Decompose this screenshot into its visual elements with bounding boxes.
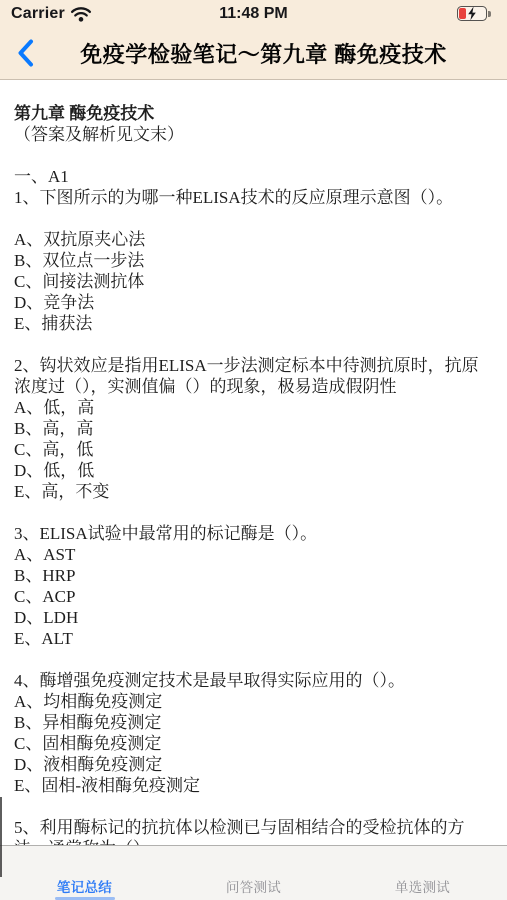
option: A、低，高 — [14, 397, 493, 418]
tab-qa-test[interactable]: 问答测试 — [169, 846, 338, 900]
battery-level-fill — [459, 8, 466, 19]
options-list: A、双抗原夹心法 B、双位点一步法 C、间接法测抗体 D、竞争法 E、捕获法 — [14, 229, 493, 334]
question-stem: 3、ELISA试验中最常用的标记酶是（）。 — [14, 523, 493, 544]
option: E、高，不变 — [14, 481, 493, 502]
answers-note: （答案及解析见文末） — [14, 124, 493, 145]
options-list: A、均相酶免疫测定 B、异相酶免疫测定 C、固相酶免疫测定 D、液相酶免疫测定 … — [14, 691, 493, 796]
battery-nub — [488, 11, 491, 17]
option: E、固相-液相酶免疫测定 — [14, 775, 493, 796]
chapter-title: 第九章 酶免疫技术 — [14, 103, 493, 124]
clock: 11:48 PM — [0, 5, 507, 23]
option: B、HRP — [14, 565, 493, 586]
back-button[interactable] — [8, 36, 42, 70]
battery-icon — [457, 6, 491, 22]
question-block: 4、酶增强免疫测定技术是最早取得实际应用的（）。 A、均相酶免疫测定 B、异相酶… — [14, 670, 493, 796]
option: C、ACP — [14, 586, 493, 607]
notes-scroll-area[interactable]: 第九章 酶免疫技术 （答案及解析见文末） 一、A1 1、下图所示的为哪一种ELI… — [0, 81, 507, 900]
page-title: 免疫学检验笔记～第九章 酶免疫技术 — [50, 26, 477, 80]
option: A、双抗原夹心法 — [14, 229, 493, 250]
option: E、捕获法 — [14, 313, 493, 334]
question-block: 2、钩状效应是指用ELISA一步法测定标本中待测抗原时，抗原 浓度过（），实测值… — [14, 355, 493, 502]
status-bar: Carrier 11:48 PM — [0, 0, 507, 26]
spacer — [14, 145, 493, 166]
tab-notes-summary[interactable]: 笔记总结 — [0, 846, 169, 900]
section-label: 一、A1 — [14, 166, 493, 187]
option: D、竞争法 — [14, 292, 493, 313]
chevron-left-icon — [17, 39, 34, 67]
option: D、液相酶免疫测定 — [14, 754, 493, 775]
option: A、均相酶免疫测定 — [14, 691, 493, 712]
question-stem: 4、酶增强免疫测定技术是最早取得实际应用的（）。 — [14, 670, 493, 691]
option: C、固相酶免疫测定 — [14, 733, 493, 754]
question-block: 3、ELISA试验中最常用的标记酶是（）。 A、AST B、HRP C、ACP … — [14, 523, 493, 649]
tab-bar: 笔记总结 问答测试 单选测试 — [0, 845, 507, 900]
question-stem: 2、钩状效应是指用ELISA一步法测定标本中待测抗原时，抗原 浓度过（），实测值… — [14, 355, 493, 397]
option: D、低，低 — [14, 460, 493, 481]
option: C、高，低 — [14, 439, 493, 460]
question-block: 1、下图所示的为哪一种ELISA技术的反应原理示意图（）。 A、双抗原夹心法 B… — [14, 187, 493, 334]
tab-label: 单选测试 — [395, 876, 450, 896]
options-list: A、低，高 B、高，高 C、高，低 D、低，低 E、高，不变 — [14, 397, 493, 502]
option: B、高，高 — [14, 418, 493, 439]
option: E、ALT — [14, 628, 493, 649]
option: A、AST — [14, 544, 493, 565]
tab-label: 问答测试 — [226, 876, 281, 896]
question-stem: 1、下图所示的为哪一种ELISA技术的反应原理示意图（）。 — [14, 187, 493, 208]
option: B、异相酶免疫测定 — [14, 712, 493, 733]
screen-edge-artifact — [0, 797, 2, 877]
header: Carrier 11:48 PM — [0, 0, 507, 80]
tab-label: 笔记总结 — [57, 876, 112, 896]
tab-single-choice-test[interactable]: 单选测试 — [338, 846, 507, 900]
charging-bolt-icon — [466, 6, 478, 26]
app-screen: Carrier 11:48 PM — [0, 0, 507, 900]
options-list: A、AST B、HRP C、ACP D、LDH E、ALT — [14, 544, 493, 649]
option: C、间接法测抗体 — [14, 271, 493, 292]
nav-bar: 免疫学检验笔记～第九章 酶免疫技术 — [0, 26, 507, 80]
option: D、LDH — [14, 607, 493, 628]
option: B、双位点一步法 — [14, 250, 493, 271]
